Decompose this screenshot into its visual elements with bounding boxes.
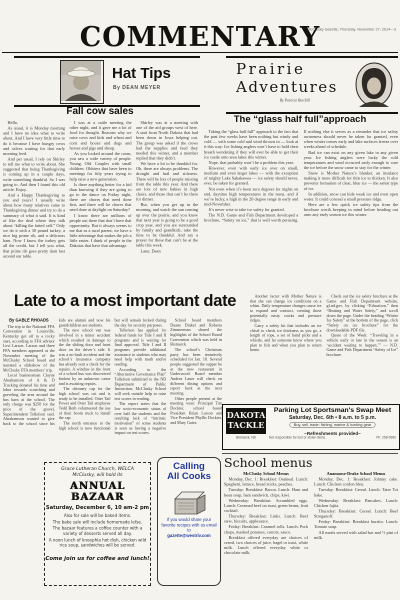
- swap-meet-items-line: Buy, sell, trade: fishing, marine & hunt…: [269, 422, 396, 431]
- dakota-tackle-logo: DAKOTA TACKLE: [226, 408, 266, 434]
- bazaar-invite-line: Come join us for coffee and lunch!: [45, 556, 150, 562]
- prairie-article-continued: Another factor with Mother Nature is tha…: [250, 294, 398, 402]
- dakota-address: Bismarck, ND: [226, 436, 266, 444]
- prairie-title-line1: Prairie: [236, 60, 305, 78]
- cooks-email: gazette@westriv.com: [160, 533, 218, 538]
- disclaimer-line: Not responsible for lost or stolen items…: [269, 436, 326, 444]
- dean-meyer-photo: [60, 60, 104, 104]
- masthead-rule: [2, 52, 398, 53]
- cooks-title: Calling All Cooks: [158, 462, 220, 483]
- hat-tips-section-header: Hat Tips By DEAN MEYER: [14, 56, 200, 107]
- swap-meet-datetime: Saturday, Dec. 6th • 8 a.m. to 5 p.m.: [269, 415, 396, 421]
- bazaar-title: ANNUAL BAZAAR: [45, 481, 150, 503]
- newspaper-page: McClusky Gazette, Thursday, November 27,…: [0, 0, 400, 600]
- bazaar-ad: Grace Lutheran Church, WELCA McClusky, w…: [44, 462, 151, 586]
- bazaar-date-line: Saturday, December 6, 10 am-2 pm: [45, 505, 150, 511]
- anamoose-menu-title: Anamoose-Drake School Menus: [314, 471, 398, 476]
- late-article-byline: By GABLE RHOADS: [3, 318, 55, 323]
- hat-tips-byline: By DEAN MEYER: [113, 85, 161, 91]
- prairie-byline: By Patricia Burchill: [240, 98, 350, 105]
- mcclusky-menu-title: McClusky School Menus: [224, 471, 308, 476]
- dakota-tackle-ad: DAKOTA TACKLE Bismarck, ND Parking Lot S…: [222, 404, 400, 450]
- swap-meet-title: Parking Lot Sportsman's Swap Meet: [269, 407, 396, 414]
- cooks-ad: Calling All Cooks If you would share you…: [157, 457, 221, 586]
- hat-tips-article-text: Hello,As usual, it is Monday morning and…: [3, 120, 198, 291]
- recipe-box-icon: [168, 486, 210, 516]
- patricia-burchill-photo: [355, 62, 393, 107]
- prairie-title-line2: Adventures: [236, 78, 338, 96]
- prairie-section-header: Prairie Adventures By Patricia Burchill: [226, 56, 398, 114]
- fall-cow-sales-headline: Fall cow sales: [0, 106, 200, 117]
- hat-tips-title: Hat Tips: [112, 65, 171, 82]
- mcclusky-menu: McClusky School Menus Monday, Dec. 1: Br…: [224, 471, 308, 555]
- masthead-title: COMMENTARY: [0, 22, 400, 53]
- late-date-headline: Late to a most important date: [2, 292, 248, 311]
- anamoose-menu: Anamoose-Drake School Menus Monday, Dec.…: [314, 471, 398, 540]
- bazaar-church-lines: Grace Lutheran Church, WELCA McClusky, w…: [46, 466, 149, 479]
- school-menus-divider: [222, 453, 398, 454]
- school-menus-heading: School menus: [224, 455, 312, 470]
- late-article-text: By GABLE RHOADS The trip to the National…: [3, 318, 222, 460]
- prairie-article-text: Taking the “glass half full” approach to…: [204, 129, 398, 291]
- phone-line: Ph: 258-9960: [376, 436, 396, 444]
- cooks-text: If you would share your favorite recipes…: [160, 517, 218, 557]
- school-menus-text: McClusky School Menus Monday, Dec. 1: Br…: [224, 471, 398, 598]
- bazaar-details: Also for sale will be baked items.The ba…: [48, 513, 147, 555]
- glass-half-full-headline: The “glass half full”approach: [202, 114, 398, 125]
